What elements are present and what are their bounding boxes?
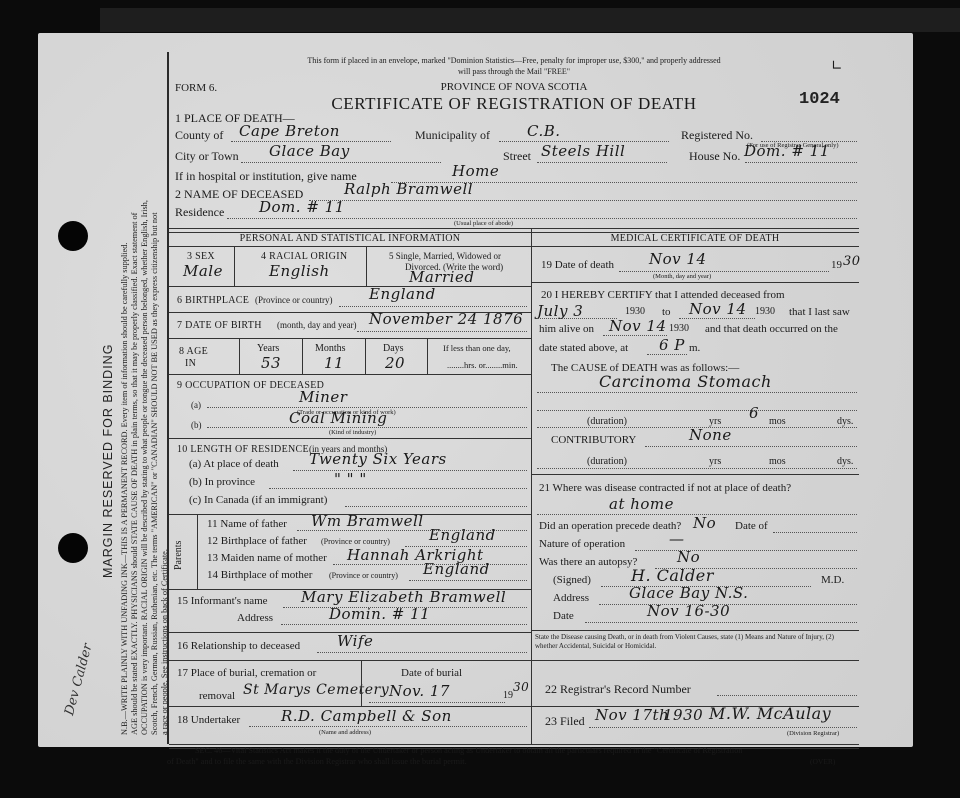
- alive-on-label: him alive on: [539, 323, 594, 335]
- residence-field[interactable]: Dom. # 11: [259, 198, 345, 216]
- city-field[interactable]: Glace Bay: [269, 142, 350, 160]
- death-year-field[interactable]: 30: [843, 254, 861, 269]
- burial-year-prefix: 19: [503, 690, 513, 701]
- age-days-field[interactable]: 20: [385, 354, 405, 372]
- father-birthplace-note: (Province or country): [321, 537, 390, 546]
- informant-name-field[interactable]: Mary Elizabeth Bramwell: [301, 588, 506, 606]
- violent-causes-note: State the Disease causing Death, or in d…: [535, 633, 857, 650]
- sex-label: 3 SEX: [187, 251, 215, 262]
- street-field[interactable]: Steels Hill: [541, 142, 625, 160]
- parents-side-label: Parents: [173, 541, 184, 570]
- mail-notice: This form if placed in an envelope, mark…: [169, 56, 859, 65]
- hrs-min-field[interactable]: ........hrs. or........min.: [447, 360, 518, 370]
- residence-label: Residence: [175, 205, 224, 220]
- time-of-death-field[interactable]: 6 P: [659, 336, 685, 354]
- death-year-prefix: 19: [831, 259, 842, 271]
- months-label: Months: [315, 343, 346, 354]
- burial-place-label: 17 Place of burial, cremation or: [177, 667, 316, 679]
- house-no-field[interactable]: Dom. # 11: [744, 142, 830, 160]
- relationship-label: 16 Relationship to deceased: [177, 640, 300, 652]
- county-label: County of: [175, 128, 223, 143]
- burial-place-label-2: removal: [199, 690, 235, 702]
- mother-birthplace-field[interactable]: England: [423, 560, 490, 578]
- autopsy-field[interactable]: No: [677, 548, 700, 566]
- undertaker-label: 18 Undertaker: [177, 714, 240, 726]
- registered-no-label: Registered No.: [681, 128, 753, 143]
- father-birthplace-label: 12 Birthplace of father: [207, 535, 307, 547]
- mother-birthplace-note: (Province or country): [329, 571, 398, 580]
- mos-label: mos: [769, 416, 786, 427]
- relationship-field[interactable]: Wife: [337, 632, 373, 650]
- deceased-name-field[interactable]: Ralph Bramwell: [344, 180, 473, 198]
- mail-notice-2: will pass through the Mail "FREE": [169, 67, 859, 76]
- mother-maiden-name-label: 13 Maiden name of mother: [207, 552, 327, 564]
- street-label: Street: [503, 149, 531, 164]
- age-years-field[interactable]: 53: [261, 354, 281, 372]
- filed-year-field[interactable]: 1930: [663, 706, 703, 724]
- cause-of-death-field[interactable]: Carcinoma Stomach: [599, 372, 772, 391]
- signed-label: (Signed): [553, 574, 591, 586]
- contributory-label: CONTRIBUTORY: [551, 434, 636, 446]
- contrib-duration-label: (duration): [587, 456, 627, 467]
- sec46-notice-2: of Death" and to file the same with the …: [167, 757, 467, 766]
- filed-label: 23 Filed: [545, 714, 585, 729]
- date-of-death-note: (Month, day and year): [653, 273, 711, 280]
- burial-place-field[interactable]: St Marys Cemetery: [243, 682, 389, 698]
- operation-field[interactable]: No: [693, 514, 716, 532]
- hospital-label: If in hospital or institution, give name: [175, 169, 357, 184]
- margin-instruction-line: OCCUPATION is very important. RACIAL ORI…: [140, 200, 150, 735]
- autopsy-label: Was there an autopsy?: [539, 556, 637, 568]
- medical-section-title: MEDICAL CERTIFICATE OF DEATH: [531, 233, 859, 244]
- undertaker-field[interactable]: R.D. Campbell & Son: [281, 707, 452, 725]
- last-saw-label: that I last saw: [789, 306, 850, 318]
- mother-birthplace-label: 14 Birthplace of mother: [207, 569, 312, 581]
- binding-hole-bottom: [58, 533, 88, 563]
- city-label: City or Town: [175, 149, 239, 164]
- physician-signature-field[interactable]: H. Calder: [631, 566, 714, 585]
- registrar-note: (Division Registrar): [787, 730, 839, 737]
- informant-address-label: Address: [237, 612, 273, 624]
- contracted-field[interactable]: at home: [609, 495, 674, 513]
- birthplace-label: 6 BIRTHPLACE: [177, 295, 249, 306]
- scanner-background: [100, 8, 960, 32]
- father-name-field[interactable]: Wm Bramwell: [311, 512, 424, 530]
- hospital-field[interactable]: Home: [452, 162, 499, 180]
- years-label: Years: [257, 343, 279, 354]
- father-name-label: 11 Name of father: [207, 518, 287, 530]
- certify-label: 20 I HEREBY CERTIFY that I attended dece…: [541, 289, 785, 301]
- margin-instruction-line: AGE should be stated EXACTLY. PHYSICIANS…: [130, 213, 140, 735]
- in-canada-label: (c) In Canada (if an immigrant): [189, 494, 327, 506]
- attended-to-year[interactable]: 1930: [755, 306, 775, 317]
- undertaker-note: (Name and address): [319, 729, 371, 736]
- at-place-of-death-label: (a) At place of death: [189, 458, 279, 470]
- margin-reserved-label: MARGIN RESERVED FOR BINDING: [104, 344, 114, 578]
- burial-date-label: Date of burial: [401, 667, 462, 679]
- racial-origin-field[interactable]: English: [269, 262, 330, 280]
- burial-date-field[interactable]: Nov. 17: [389, 682, 450, 700]
- check-mark: ∟: [831, 58, 843, 74]
- binding-hole-top: [58, 221, 88, 251]
- occupation-a-label: (a): [191, 400, 201, 410]
- date-of-death-label: 19 Date of death: [541, 259, 614, 271]
- certificate-date-label: Date: [553, 610, 574, 622]
- contrib-yrs-label: yrs: [709, 456, 721, 467]
- date-of-death-field[interactable]: Nov 14: [649, 250, 707, 268]
- in-province-label: (b) In province: [189, 476, 255, 488]
- m-label: m.: [689, 342, 700, 354]
- age-months-field[interactable]: 11: [324, 354, 344, 372]
- margin-instruction-line: N.B.—WRITE PLAINLY WITH UNFADING INK—THI…: [120, 243, 130, 735]
- sex-field[interactable]: Male: [183, 262, 223, 280]
- date-stated-label: date stated above, at: [539, 342, 628, 354]
- dys-label: dys.: [837, 416, 853, 427]
- age-label-2: IN: [185, 358, 196, 369]
- contrib-mos-label: mos: [769, 456, 786, 467]
- attended-from-year[interactable]: 1930: [625, 306, 645, 317]
- less-than-day-label: If less than one day,: [443, 343, 511, 353]
- contributory-field[interactable]: None: [689, 426, 732, 444]
- residence-in-province-field[interactable]: " " ": [334, 470, 367, 488]
- province-label: PROVINCE OF NOVA SCOTIA: [169, 81, 859, 93]
- age-label: 8 AGE: [179, 346, 208, 357]
- days-label: Days: [383, 343, 404, 354]
- operation-date-label: Date of: [735, 520, 768, 532]
- birthplace-field[interactable]: England: [369, 285, 436, 303]
- sec46-notice: SEC. 46—Vital Statistics Act makes it th…: [195, 746, 742, 755]
- occurred-label: and that death occurred on the: [705, 323, 838, 335]
- physician-address-field[interactable]: Glace Bay N.S.: [629, 584, 748, 602]
- operation-label: Did an operation precede death?: [539, 520, 681, 532]
- dob-note: (month, day and year): [277, 320, 356, 330]
- contrib-dys-label: dys.: [837, 456, 853, 467]
- birthplace-note: (Province or country): [255, 295, 332, 305]
- physician-address-label: Address: [553, 592, 589, 604]
- certificate-date-field[interactable]: Nov 16-30: [647, 602, 730, 620]
- county-field[interactable]: Cape Breton: [239, 122, 340, 140]
- alive-on-field[interactable]: Nov 14: [609, 317, 667, 335]
- margin-instruction-line: Scotch, French, German, Russian, Rutheni…: [150, 212, 160, 735]
- registrar-record-label: 22 Registrar's Record Number: [545, 682, 691, 697]
- cause-duration-months-field[interactable]: 6: [749, 404, 759, 422]
- registration-stamp-number: 1024: [799, 90, 840, 109]
- father-birthplace-field[interactable]: England: [429, 526, 496, 544]
- contracted-label: 21 Where was disease contracted if not a…: [539, 482, 791, 494]
- industry-field[interactable]: Coal Mining: [289, 409, 387, 427]
- nature-of-operation-field[interactable]: —: [669, 530, 685, 548]
- residence-note: (Usual place of abode): [454, 220, 513, 227]
- informant-name-label: 15 Informant's name: [177, 595, 268, 607]
- residence-at-place-field[interactable]: Twenty Six Years: [309, 450, 447, 468]
- duration-label: (duration): [587, 416, 627, 427]
- informant-address-field[interactable]: Domin. # 11: [329, 605, 430, 623]
- over-label: (OVER): [810, 757, 835, 766]
- length-of-residence-label: 10 LENGTH OF RESIDENCE: [177, 444, 309, 455]
- municipality-field[interactable]: C.B.: [527, 122, 561, 140]
- municipality-label: Municipality of: [415, 128, 490, 143]
- certificate-form: This form if placed in an envelope, mark…: [167, 52, 859, 744]
- md-label: M.D.: [821, 574, 844, 586]
- occupation-field[interactable]: Miner: [299, 388, 347, 406]
- marital-status-field[interactable]: Married: [409, 268, 474, 286]
- alive-year[interactable]: 1930: [669, 323, 689, 334]
- house-no-label: House No.: [689, 149, 740, 164]
- nature-of-operation-label: Nature of operation: [539, 538, 625, 550]
- racial-origin-label: 4 RACIAL ORIGIN: [261, 251, 347, 262]
- dob-label: 7 DATE OF BIRTH: [177, 320, 262, 331]
- marital-label: 5 Single, Married, Widowed or: [389, 251, 501, 261]
- date-of-birth-field[interactable]: November 24 1876: [369, 310, 523, 328]
- burial-year-field[interactable]: 30: [513, 680, 529, 694]
- filed-date-field[interactable]: Nov 17th: [595, 706, 669, 724]
- registrar-name-field[interactable]: M.W. McAulay: [709, 704, 831, 723]
- personal-section-title: PERSONAL AND STATISTICAL INFORMATION: [169, 233, 531, 244]
- occupation-b-note: (Kind of industry): [329, 429, 376, 436]
- occupation-b-label: (b): [191, 420, 202, 430]
- attended-to-field[interactable]: Nov 14: [689, 300, 747, 318]
